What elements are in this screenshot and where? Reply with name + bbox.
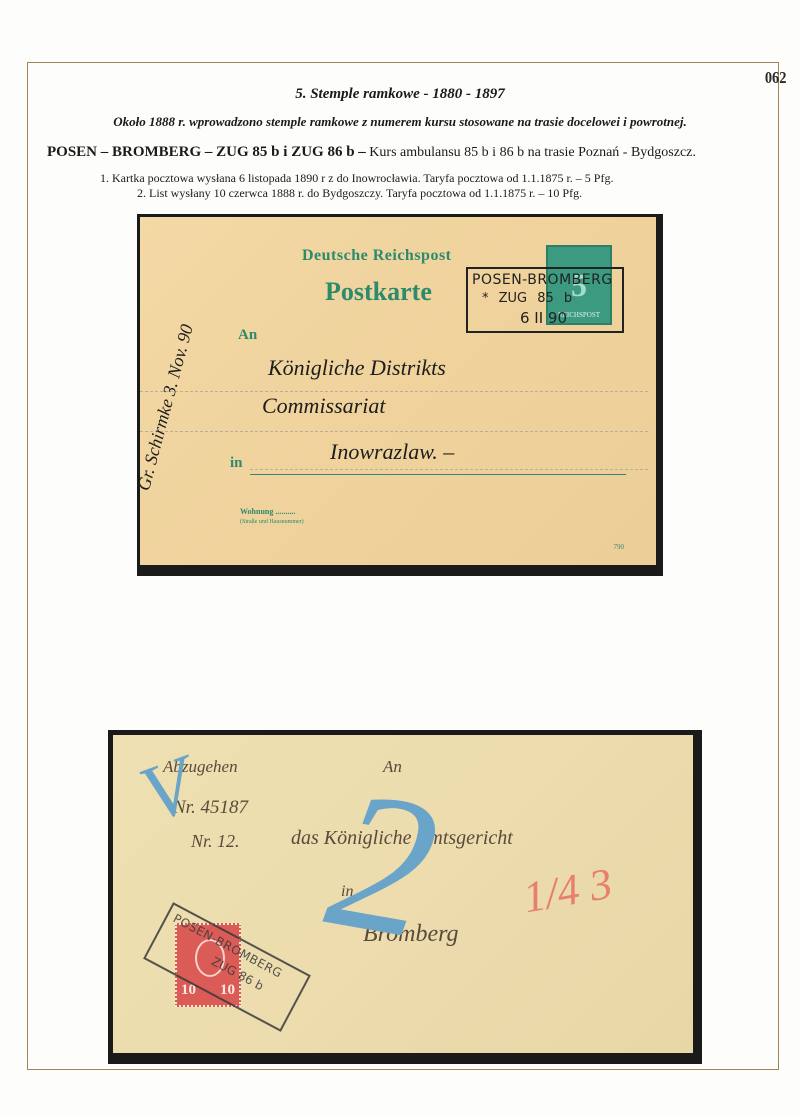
cancel-line-2: * ZUG 85 b [482, 291, 572, 306]
form-number: 790 [614, 543, 625, 551]
handwritten-address-1: Königliche Distrikts [268, 355, 446, 381]
envelope: Abzugehen Nr. 45187 Nr. 12. An das König… [113, 735, 693, 1053]
cancel-line-1: POSEN-BROMBERG [472, 272, 613, 288]
address-underline [250, 474, 626, 475]
postcard-header: Deutsche Reichspost [302, 247, 452, 265]
handwritten-ref-2: Nr. 12. [191, 831, 240, 852]
item-description-1: 1. Kartka pocztowa wysłana 6 listopada 1… [100, 171, 613, 186]
address-line [140, 431, 648, 432]
section-subtitle: Około 1888 r. wprowadzono stemple ramkow… [0, 114, 800, 130]
address-an-label: An [238, 327, 257, 344]
postcard-title: Postkarte [325, 277, 432, 307]
address-in-label: in [230, 455, 243, 472]
route-heading: POSEN – BROMBERG – ZUG 85 b i ZUG 86 b –… [47, 144, 696, 161]
item-description-2: 2. List wysłany 10 czerwca 1888 r. do By… [137, 186, 582, 201]
handwritten-side-note: Gr. Schirmke 3. Nov. 90 [133, 322, 198, 493]
red-crayon-mark: 1/4 3 [519, 858, 616, 924]
strasse-label: (Straße und Hausnummer) [240, 519, 304, 525]
address-line [140, 391, 648, 392]
section-title: 5. Stemple ramkowe - 1880 - 1897 [0, 86, 800, 103]
handwritten-address-3: Inowrazlaw. – [330, 439, 454, 465]
postcard-mount: Deutsche Reichspost Postkarte 5 REICHSPO… [137, 214, 663, 576]
route-name: POSEN – BROMBERG – ZUG 85 b i ZUG 86 b – [47, 144, 366, 160]
address-line [250, 469, 648, 470]
page-number: 062 [764, 68, 786, 88]
wohnung-label: Wohnung .......... [240, 507, 295, 516]
postcard: Deutsche Reichspost Postkarte 5 REICHSPO… [140, 217, 656, 565]
envelope-mount: Abzugehen Nr. 45187 Nr. 12. An das König… [108, 730, 702, 1064]
cancel-line-3: 6 II 90 [520, 309, 567, 327]
handwritten-address-2: Commissariat [262, 393, 385, 419]
envelope-cancel-mark: POSEN-BROMBERG ZUG 86 b [143, 902, 311, 1032]
route-description: Kurs ambulansu 85 b i 86 b na trasie Poz… [366, 145, 696, 160]
postcard-cancel-mark: POSEN-BROMBERG * ZUG 85 b 6 II 90 [466, 267, 624, 333]
blue-crayon-mark: V [129, 739, 206, 841]
